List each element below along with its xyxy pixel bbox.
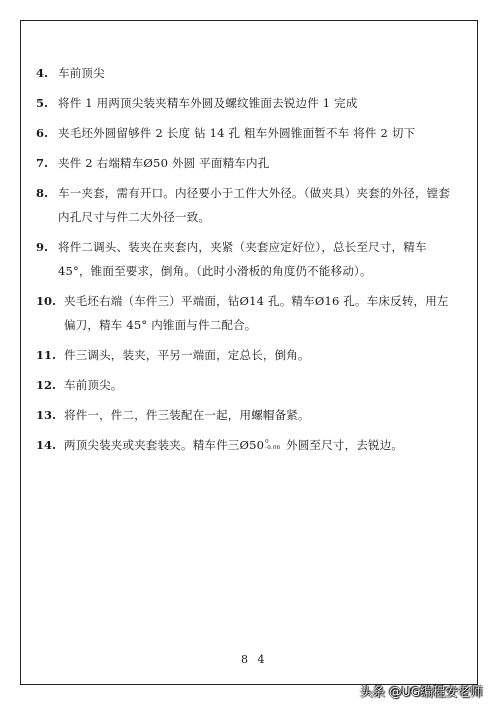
step-number: 14. — [36, 433, 64, 457]
step-text: 车前顶尖。 — [64, 373, 456, 397]
step-text: 两顶尖装夹或夹套装夹。精车件三Ø500-0.06 外圆至尺寸，去锐边。 — [64, 433, 456, 457]
step-item: 8. 车一夹套，需有开口。内径要小于工件大外径。（做夹具）夹套的外径，镗套内孔尺… — [36, 181, 456, 229]
step-number: 11. — [36, 343, 64, 367]
step-number: 4. — [36, 61, 58, 85]
step-text: 将件一，件二，件三装配在一起，用螺帽备紧。 — [64, 403, 456, 427]
step-text: 车前顶尖 — [58, 61, 456, 85]
page-number: 8 4 — [241, 653, 268, 666]
step-item: 10. 夹毛坯右端（车件三）平端面，钻Ø14 孔。精车Ø16 孔。车床反转，用左… — [36, 289, 456, 337]
tolerance-stack: 0-0.06 — [265, 439, 280, 451]
step-text: 将件 1 用两顶尖装夹精车外圆及螺纹锥面去锐边件 1 完成 — [58, 91, 456, 115]
step-item: 9. 将件二调头、装夹在夹套内，夹紧（夹套应定好位），总长至尺寸，精车 45°，… — [36, 235, 456, 283]
step-number: 9. — [36, 235, 58, 283]
step-number: 5. — [36, 91, 58, 115]
process-steps-list: 4. 车前顶尖 5. 将件 1 用两顶尖装夹精车外圆及螺纹锥面去锐边件 1 完成… — [36, 61, 456, 463]
step-number: 10. — [36, 289, 64, 337]
step-text-main: 两顶尖装夹或夹套装夹。精车件三Ø50 — [64, 438, 264, 452]
step-item: 4. 车前顶尖 — [36, 61, 456, 85]
watermark: 头条 @UG编程安老师 — [360, 682, 483, 700]
step-item: 5. 将件 1 用两顶尖装夹精车外圆及螺纹锥面去锐边件 1 完成 — [36, 91, 456, 115]
step-item: 11. 件三调头，装夹，平另一端面，定总长，倒角。 — [36, 343, 456, 367]
step-text-tail: 外圆至尺寸，去锐边。 — [282, 438, 403, 452]
step-item: 14. 两顶尖装夹或夹套装夹。精车件三Ø500-0.06 外圆至尺寸，去锐边。 — [36, 433, 456, 457]
step-text: 将件二调头、装夹在夹套内，夹紧（夹套应定好位），总长至尺寸，精车 45°，锥面至… — [58, 235, 456, 283]
step-item: 7. 夹件 2 右端精车Ø50 外圆 平面精车内孔 — [36, 151, 456, 175]
step-item: 13. 将件一，件二，件三装配在一起，用螺帽备紧。 — [36, 403, 456, 427]
step-text: 夹毛坯右端（车件三）平端面，钻Ø14 孔。精车Ø16 孔。车床反转，用左偏刀，精… — [64, 289, 456, 337]
step-number: 7. — [36, 151, 58, 175]
step-item: 12. 车前顶尖。 — [36, 373, 456, 397]
step-text: 车一夹套，需有开口。内径要小于工件大外径。（做夹具）夹套的外径，镗套内孔尺寸与件… — [58, 181, 456, 229]
step-item: 6. 夹毛坯外圆留够件 2 长度 钻 14 孔 粗车外圆锥面暂不车 将件 2 切… — [36, 121, 456, 145]
step-number: 6. — [36, 121, 58, 145]
tolerance-lower: -0.06 — [265, 445, 280, 451]
step-number: 8. — [36, 181, 58, 229]
step-text: 夹毛坯外圆留够件 2 长度 钻 14 孔 粗车外圆锥面暂不车 将件 2 切下 — [58, 121, 456, 145]
step-text: 夹件 2 右端精车Ø50 外圆 平面精车内孔 — [58, 151, 456, 175]
step-number: 13. — [36, 403, 64, 427]
step-number: 12. — [36, 373, 64, 397]
step-text: 件三调头，装夹，平另一端面，定总长，倒角。 — [64, 343, 456, 367]
